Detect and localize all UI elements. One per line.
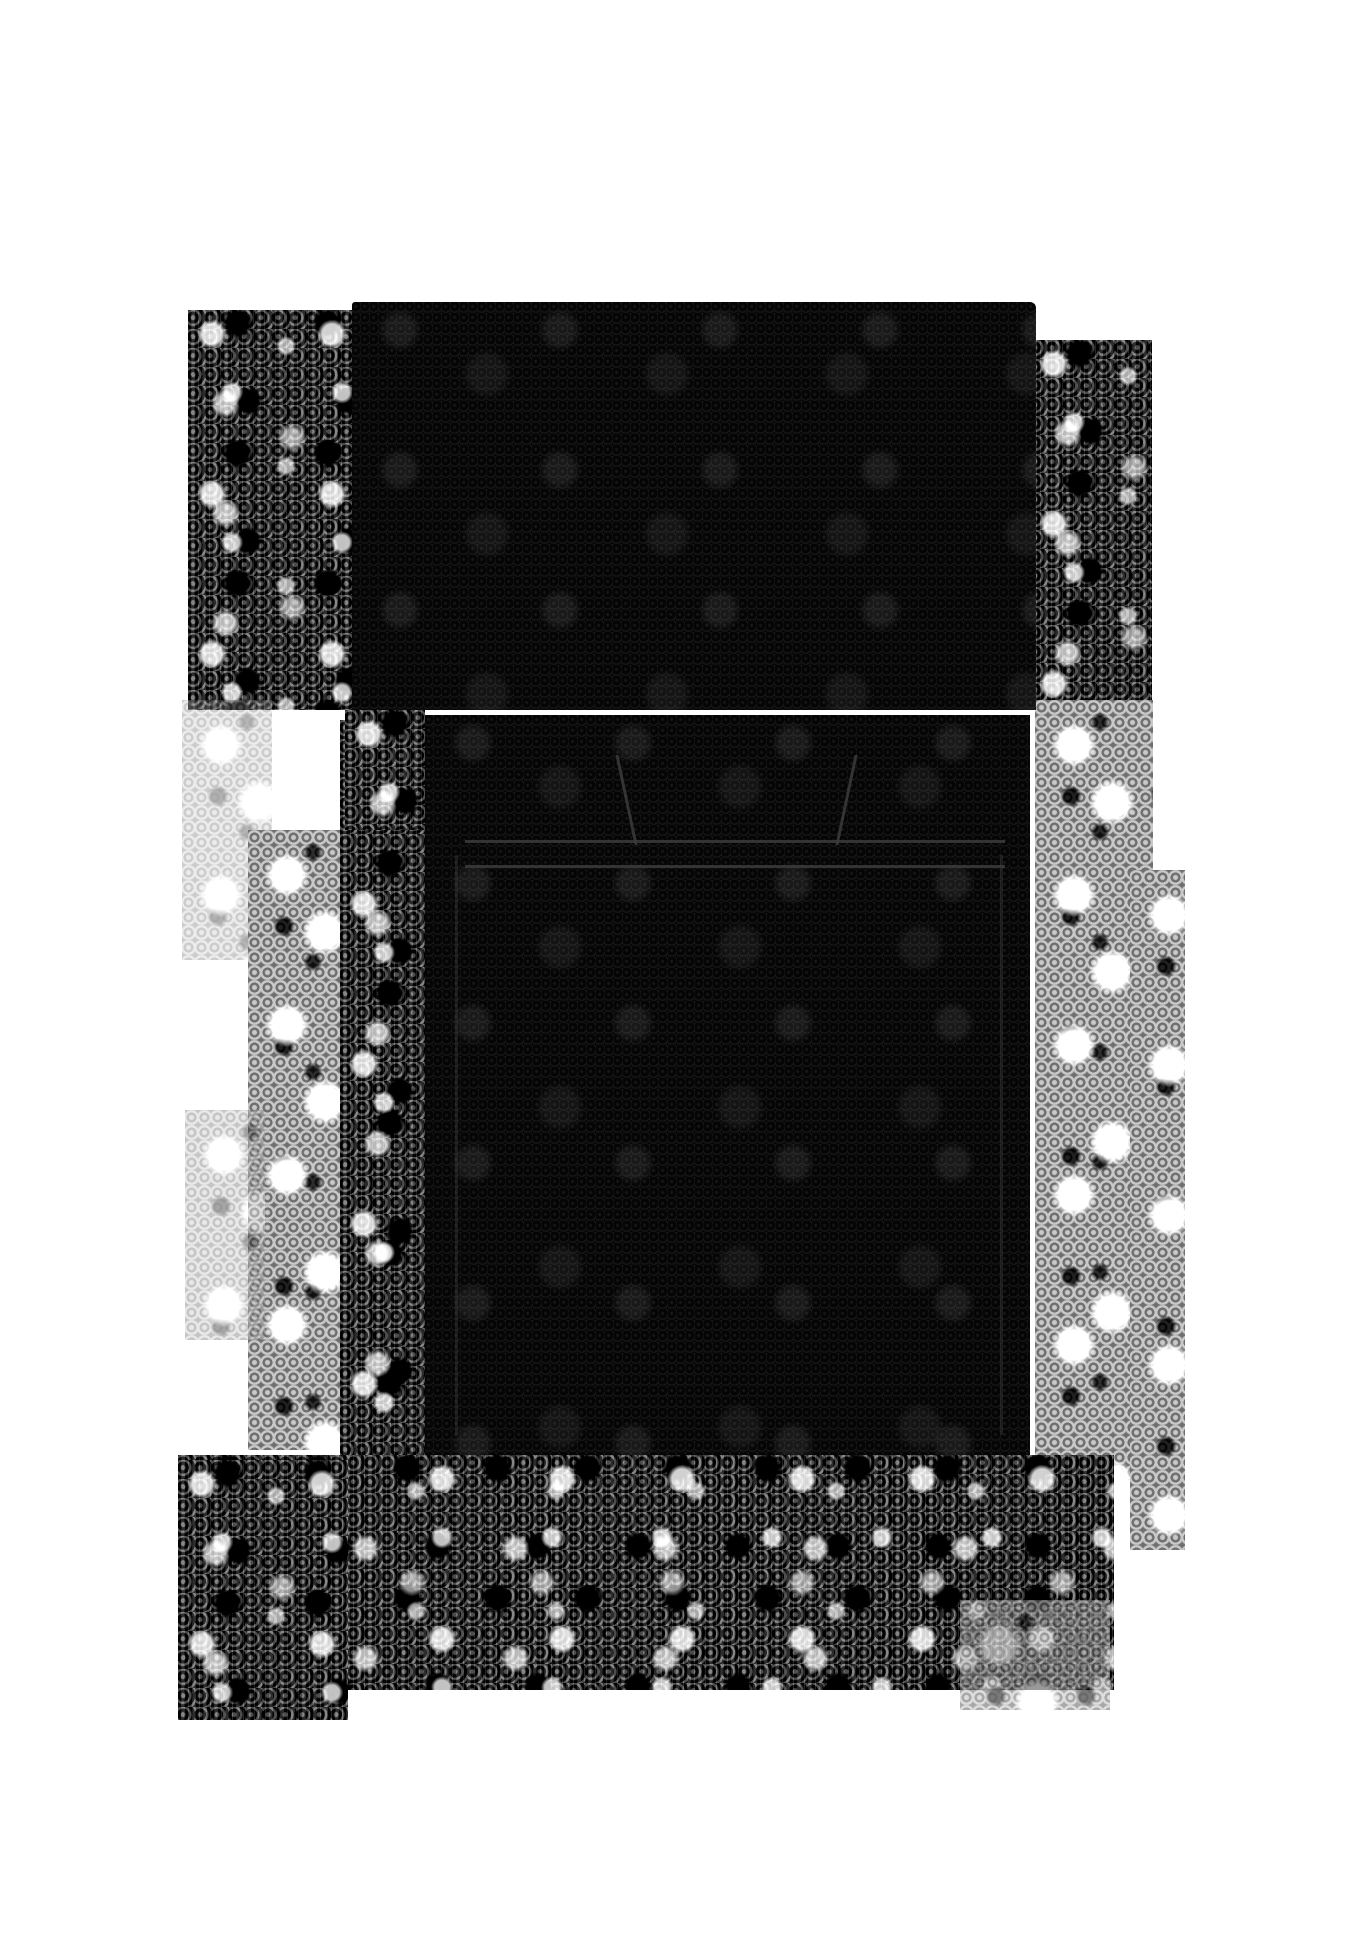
top-black-block (352, 302, 1036, 710)
panel-frame-right (1000, 855, 1003, 1435)
panel-horizontal-line-lower (465, 865, 1005, 868)
central-black-panel (425, 715, 1030, 1460)
panel-frame-left (455, 855, 458, 1435)
right-outer-strip (1130, 870, 1185, 1550)
panel-horizontal-line-upper (465, 840, 1005, 843)
left-lower-pale-block (185, 1110, 265, 1340)
panel-trapezoid-right-edge (835, 755, 857, 845)
right-upper-textured-block (1030, 340, 1152, 710)
left-upper-textured-block (188, 310, 360, 710)
panel-trapezoid-left-edge (615, 755, 637, 845)
bottom-right-fade (960, 1600, 1110, 1710)
monoprint-artwork (0, 0, 1360, 1934)
central-left-band (345, 710, 425, 830)
bottom-left-block (178, 1460, 348, 1720)
left-side-block (340, 720, 430, 1460)
